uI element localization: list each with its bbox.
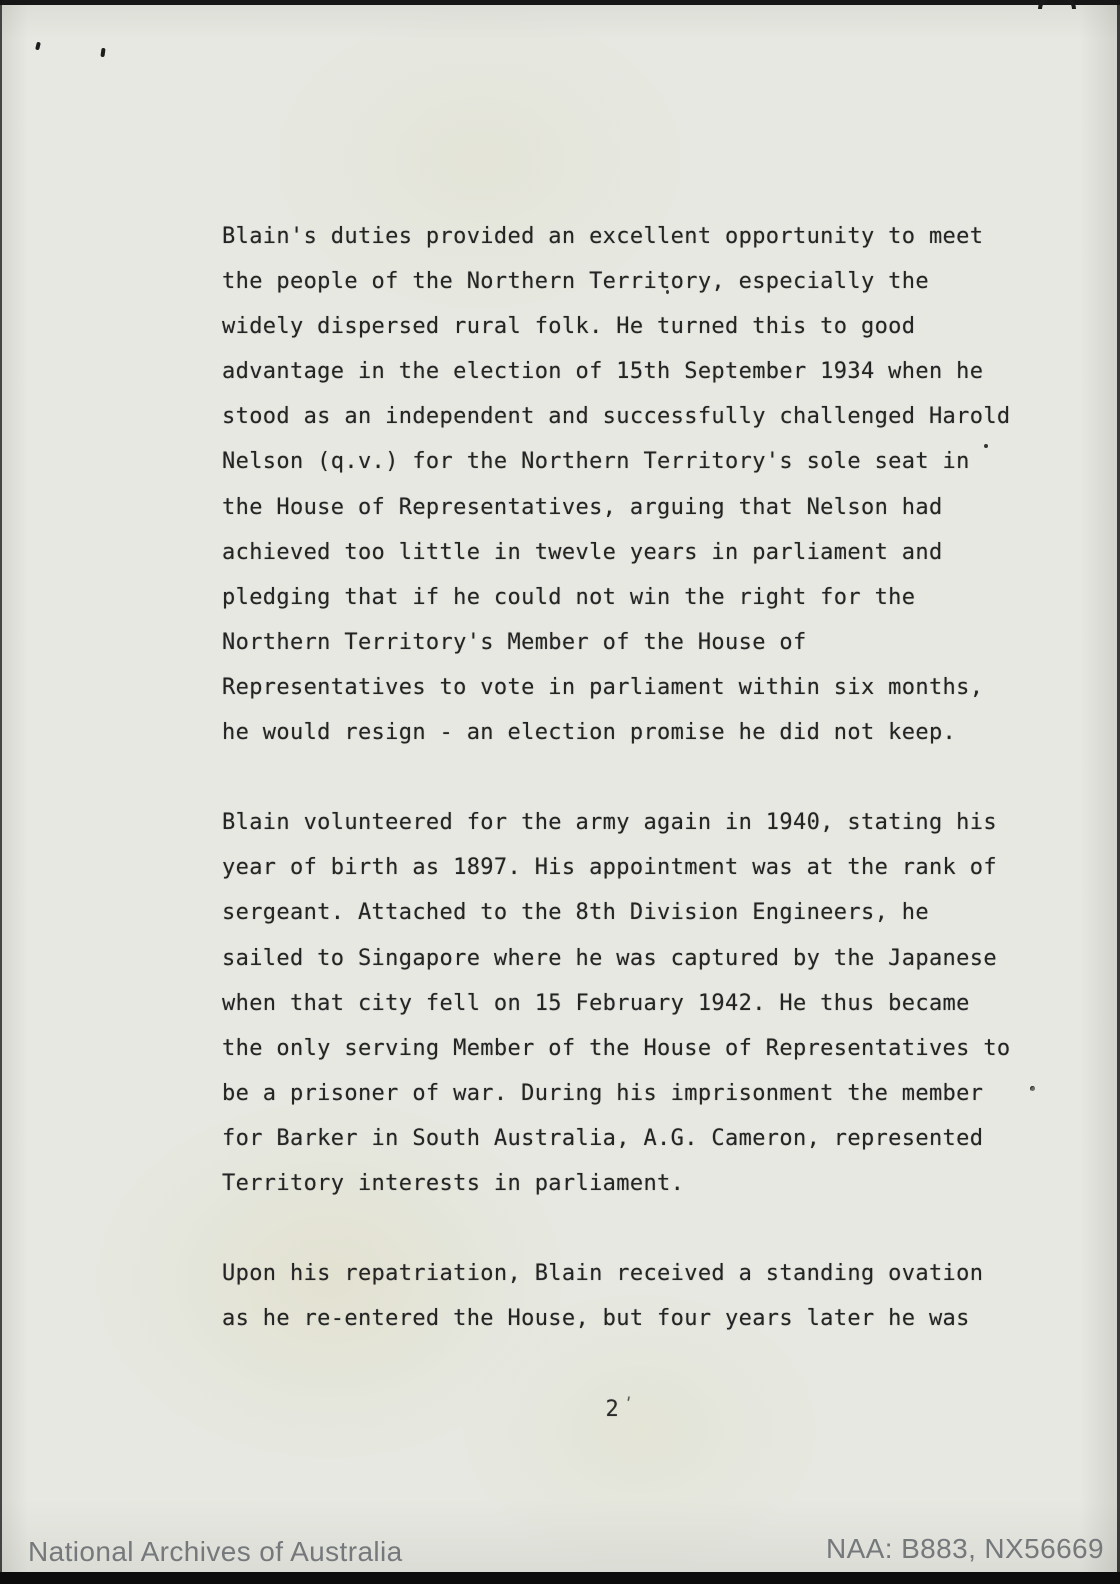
text-line: Northern Territory's Member of the House… [222, 620, 1022, 665]
paragraph: Upon his repatriation, Blain received a … [222, 1251, 1022, 1341]
text-line: for Barker in South Australia, A.G. Came… [222, 1116, 1022, 1161]
paragraph: Blain's duties provided an excellent opp… [222, 214, 1022, 755]
scan-edge-top [0, 0, 1120, 5]
text-line: widely dispersed rural folk. He turned t… [222, 304, 1022, 349]
text-line: he would resign - an election promise he… [222, 710, 1022, 755]
text-line: advantage in the election of 15th Septem… [222, 349, 1022, 394]
ink-speck [1030, 1086, 1035, 1091]
paragraph: Blain volunteered for the army again in … [222, 800, 1022, 1206]
text-line: as he re-entered the House, but four yea… [222, 1296, 1022, 1341]
text-line: the people of the Northern Territory, es… [222, 259, 1022, 304]
text-line: Upon his repatriation, Blain received a … [222, 1251, 1022, 1296]
scan-edge-bottom [0, 1572, 1120, 1584]
text-line: stood as an independent and successfully… [222, 394, 1022, 439]
scan-artifact-arc [1038, 0, 1076, 9]
watermark-archive-name: National Archives of Australia [28, 1536, 403, 1568]
page-number-value: 2 [606, 1397, 619, 1422]
text-line: Nelson (q.v.) for the Northern Territory… [222, 439, 1022, 484]
text-line: Blain's duties provided an excellent opp… [222, 214, 1022, 259]
text-line: sailed to Singapore where he was capture… [222, 936, 1022, 981]
text-line: pledging that if he could not win the ri… [222, 575, 1022, 620]
page-number-stray-mark: ' [618, 1379, 637, 1425]
ink-speck [35, 42, 41, 51]
watermark-reference-number: NAA: B883, NX56669 [826, 1533, 1104, 1565]
text-line: be a prisoner of war. During his impriso… [222, 1071, 1022, 1116]
text-line: Territory interests in parliament. [222, 1161, 1022, 1206]
scan-edge-left [0, 0, 2, 1584]
text-line: sergeant. Attached to the 8th Division E… [222, 890, 1022, 935]
text-line: Blain volunteered for the army again in … [222, 800, 1022, 845]
document-text: Blain's duties provided an excellent opp… [222, 214, 1022, 1386]
text-line: achieved too little in twevle years in p… [222, 530, 1022, 575]
page-number: 2' [222, 1387, 1012, 1433]
text-line: year of birth as 1897. His appointment w… [222, 845, 1022, 890]
scanned-document-page: Blain's duties provided an excellent opp… [0, 0, 1120, 1584]
text-line: Representatives to vote in parliament wi… [222, 665, 1022, 710]
ink-speck [100, 48, 105, 57]
text-line: when that city fell on 15 February 1942.… [222, 981, 1022, 1026]
text-line: the House of Representatives, arguing th… [222, 485, 1022, 530]
text-line: the only serving Member of the House of … [222, 1026, 1022, 1071]
